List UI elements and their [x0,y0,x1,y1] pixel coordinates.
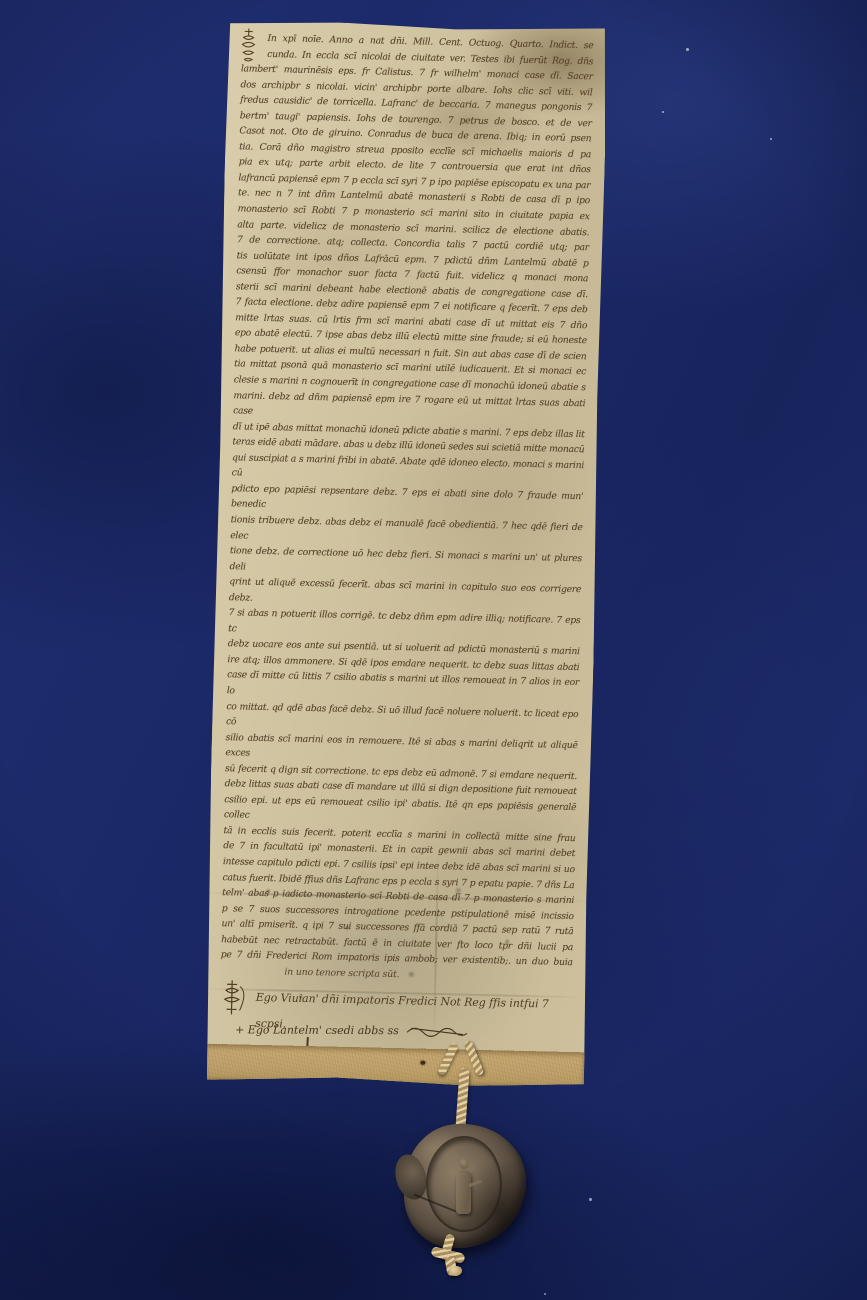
notary-signum-icon [217,978,252,1019]
signature-lantelm: + Ego Lantelm' csedi abbs ss [235,1019,571,1045]
seal-standing-figure [456,1170,471,1214]
charter-body: In xpī noīe. Anno a nat dñi. Mill. Cent.… [221,30,594,971]
seal-figure-head [459,1158,469,1169]
dust-speck [770,138,772,140]
seal-impression-ring [426,1136,502,1232]
dust-speck [686,48,689,51]
charter-text-block: In xpī noīe. Anno a nat dñi. Mill. Cent.… [205,20,608,1052]
chrismon-icon [236,27,261,66]
dust-speck [589,1198,592,1201]
cord-hole [420,1061,425,1065]
photograph-of-charter: In xpī noīe. Anno a nat dñi. Mill. Cent.… [0,0,867,1300]
signature-lantelm-text: + Ego Lantelm' csedi abbs ss [235,1023,399,1037]
dust-speck [544,1293,546,1295]
signature-flourish-icon [405,1023,469,1039]
parchment-charter: In xpī noīe. Anno a nat dñi. Mill. Cent.… [204,20,608,1088]
notary-subscription-row: Ego Viuian' dñi impatoris Fredici Not Re… [220,984,572,1018]
dust-speck [662,111,664,113]
